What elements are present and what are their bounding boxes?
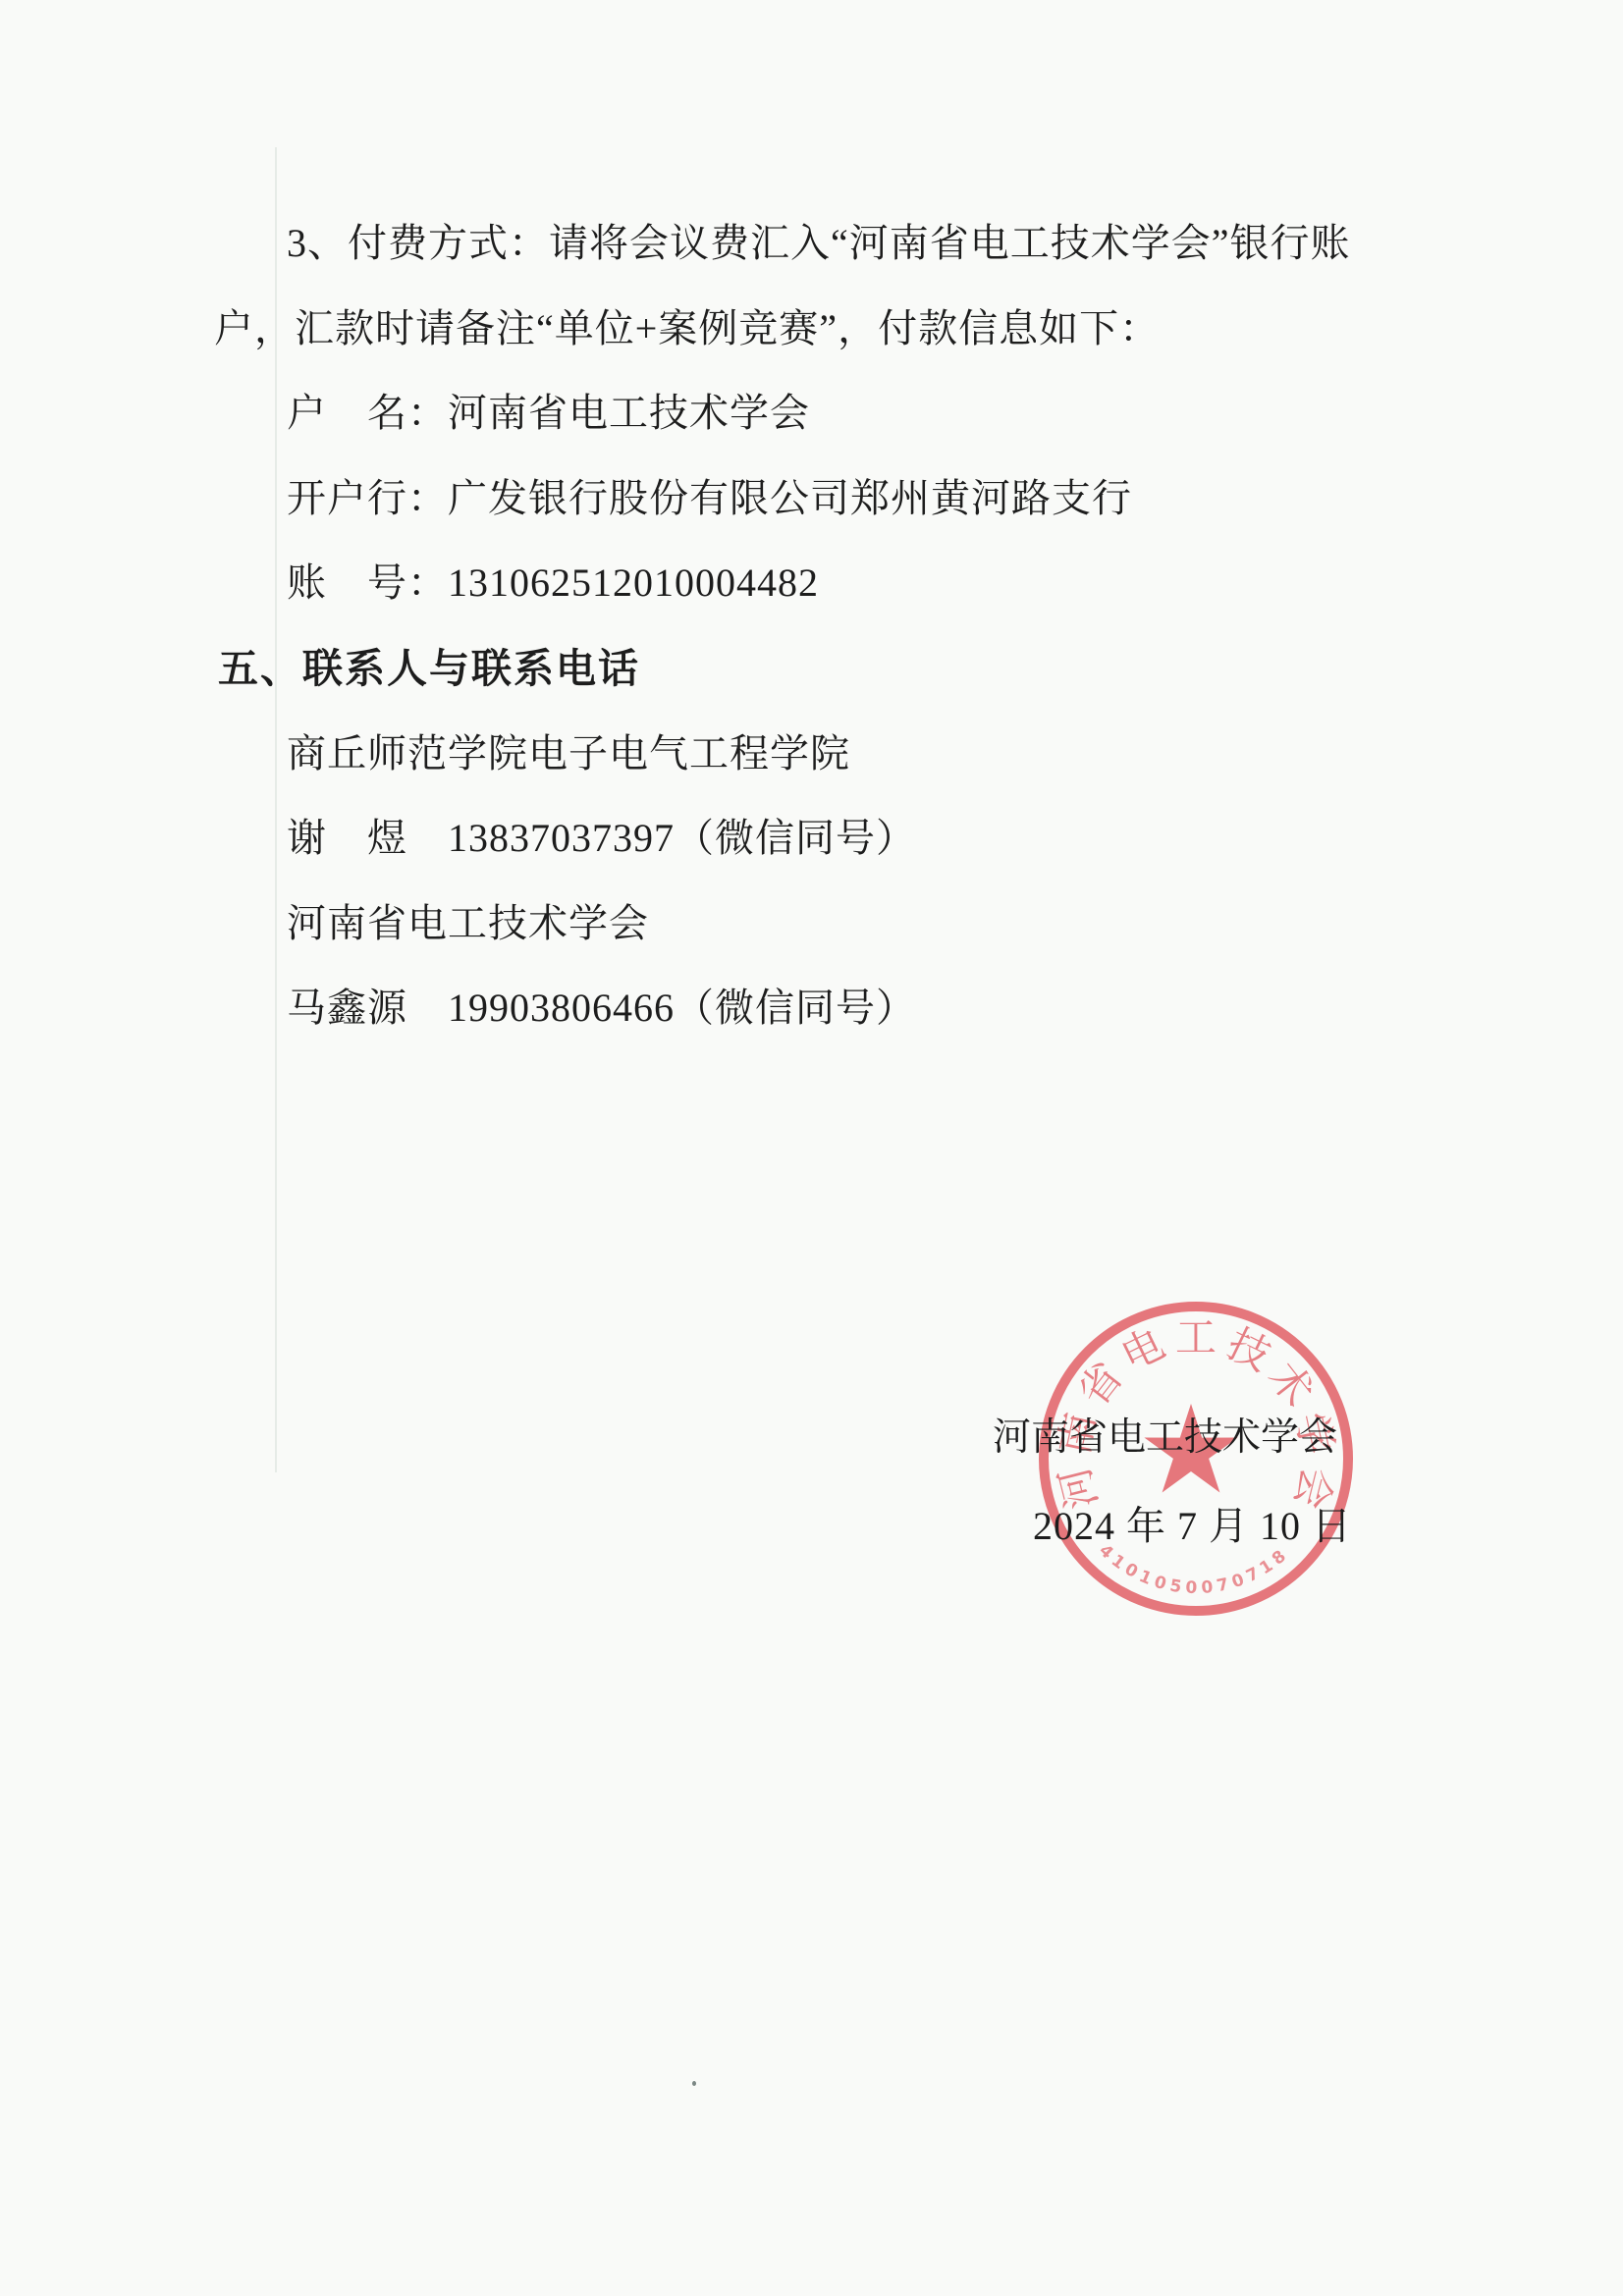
section-heading: 五、联系人与联系电话 [214, 626, 1451, 712]
svg-text:0: 0 [1185, 1578, 1198, 1598]
paragraph-line: 商丘师范学院电子电气工程学院 [214, 712, 1451, 797]
paragraph-line: 户，汇款时请备注“单位+案例竞赛”，付款信息如下： [214, 287, 1451, 372]
svg-text:0: 0 [1201, 1577, 1215, 1598]
svg-text:7: 7 [1216, 1575, 1231, 1596]
paragraph-line: 3、付费方式：请将会议费汇入“河南省电工技术学会”银行账 [214, 201, 1451, 287]
document-page: 3、付费方式：请将会议费汇入“河南省电工技术学会”银行账户，汇款时请备注“单位+… [0, 0, 1623, 2296]
signature-date: 2024 年 7 月 10 日 [1033, 1502, 1347, 1551]
svg-text:1: 1 [1136, 1567, 1155, 1589]
signature-org: 河南省电工技术学会 [993, 1414, 1336, 1463]
svg-text:0: 0 [1152, 1573, 1168, 1595]
paragraph-line: 河南省电工技术学会 [214, 881, 1451, 967]
paragraph-line: 谢 煜 13837037397（微信同号） [214, 796, 1451, 881]
paragraph-line: 马鑫源 19903806466（微信同号） [214, 966, 1451, 1051]
document-body: 3、付费方式：请将会议费汇入“河南省电工技术学会”银行账户，汇款时请备注“单位+… [214, 201, 1451, 1051]
svg-text:5: 5 [1168, 1576, 1183, 1598]
paragraph-line: 户 名：河南省电工技术学会 [214, 371, 1451, 456]
paragraph-line: 账 号：131062512010004482 [214, 541, 1451, 626]
svg-text:工: 工 [1175, 1316, 1217, 1362]
scan-speck [692, 2081, 696, 2086]
paragraph-line: 开户行：广发银行股份有限公司郑州黄河路支行 [214, 456, 1451, 542]
